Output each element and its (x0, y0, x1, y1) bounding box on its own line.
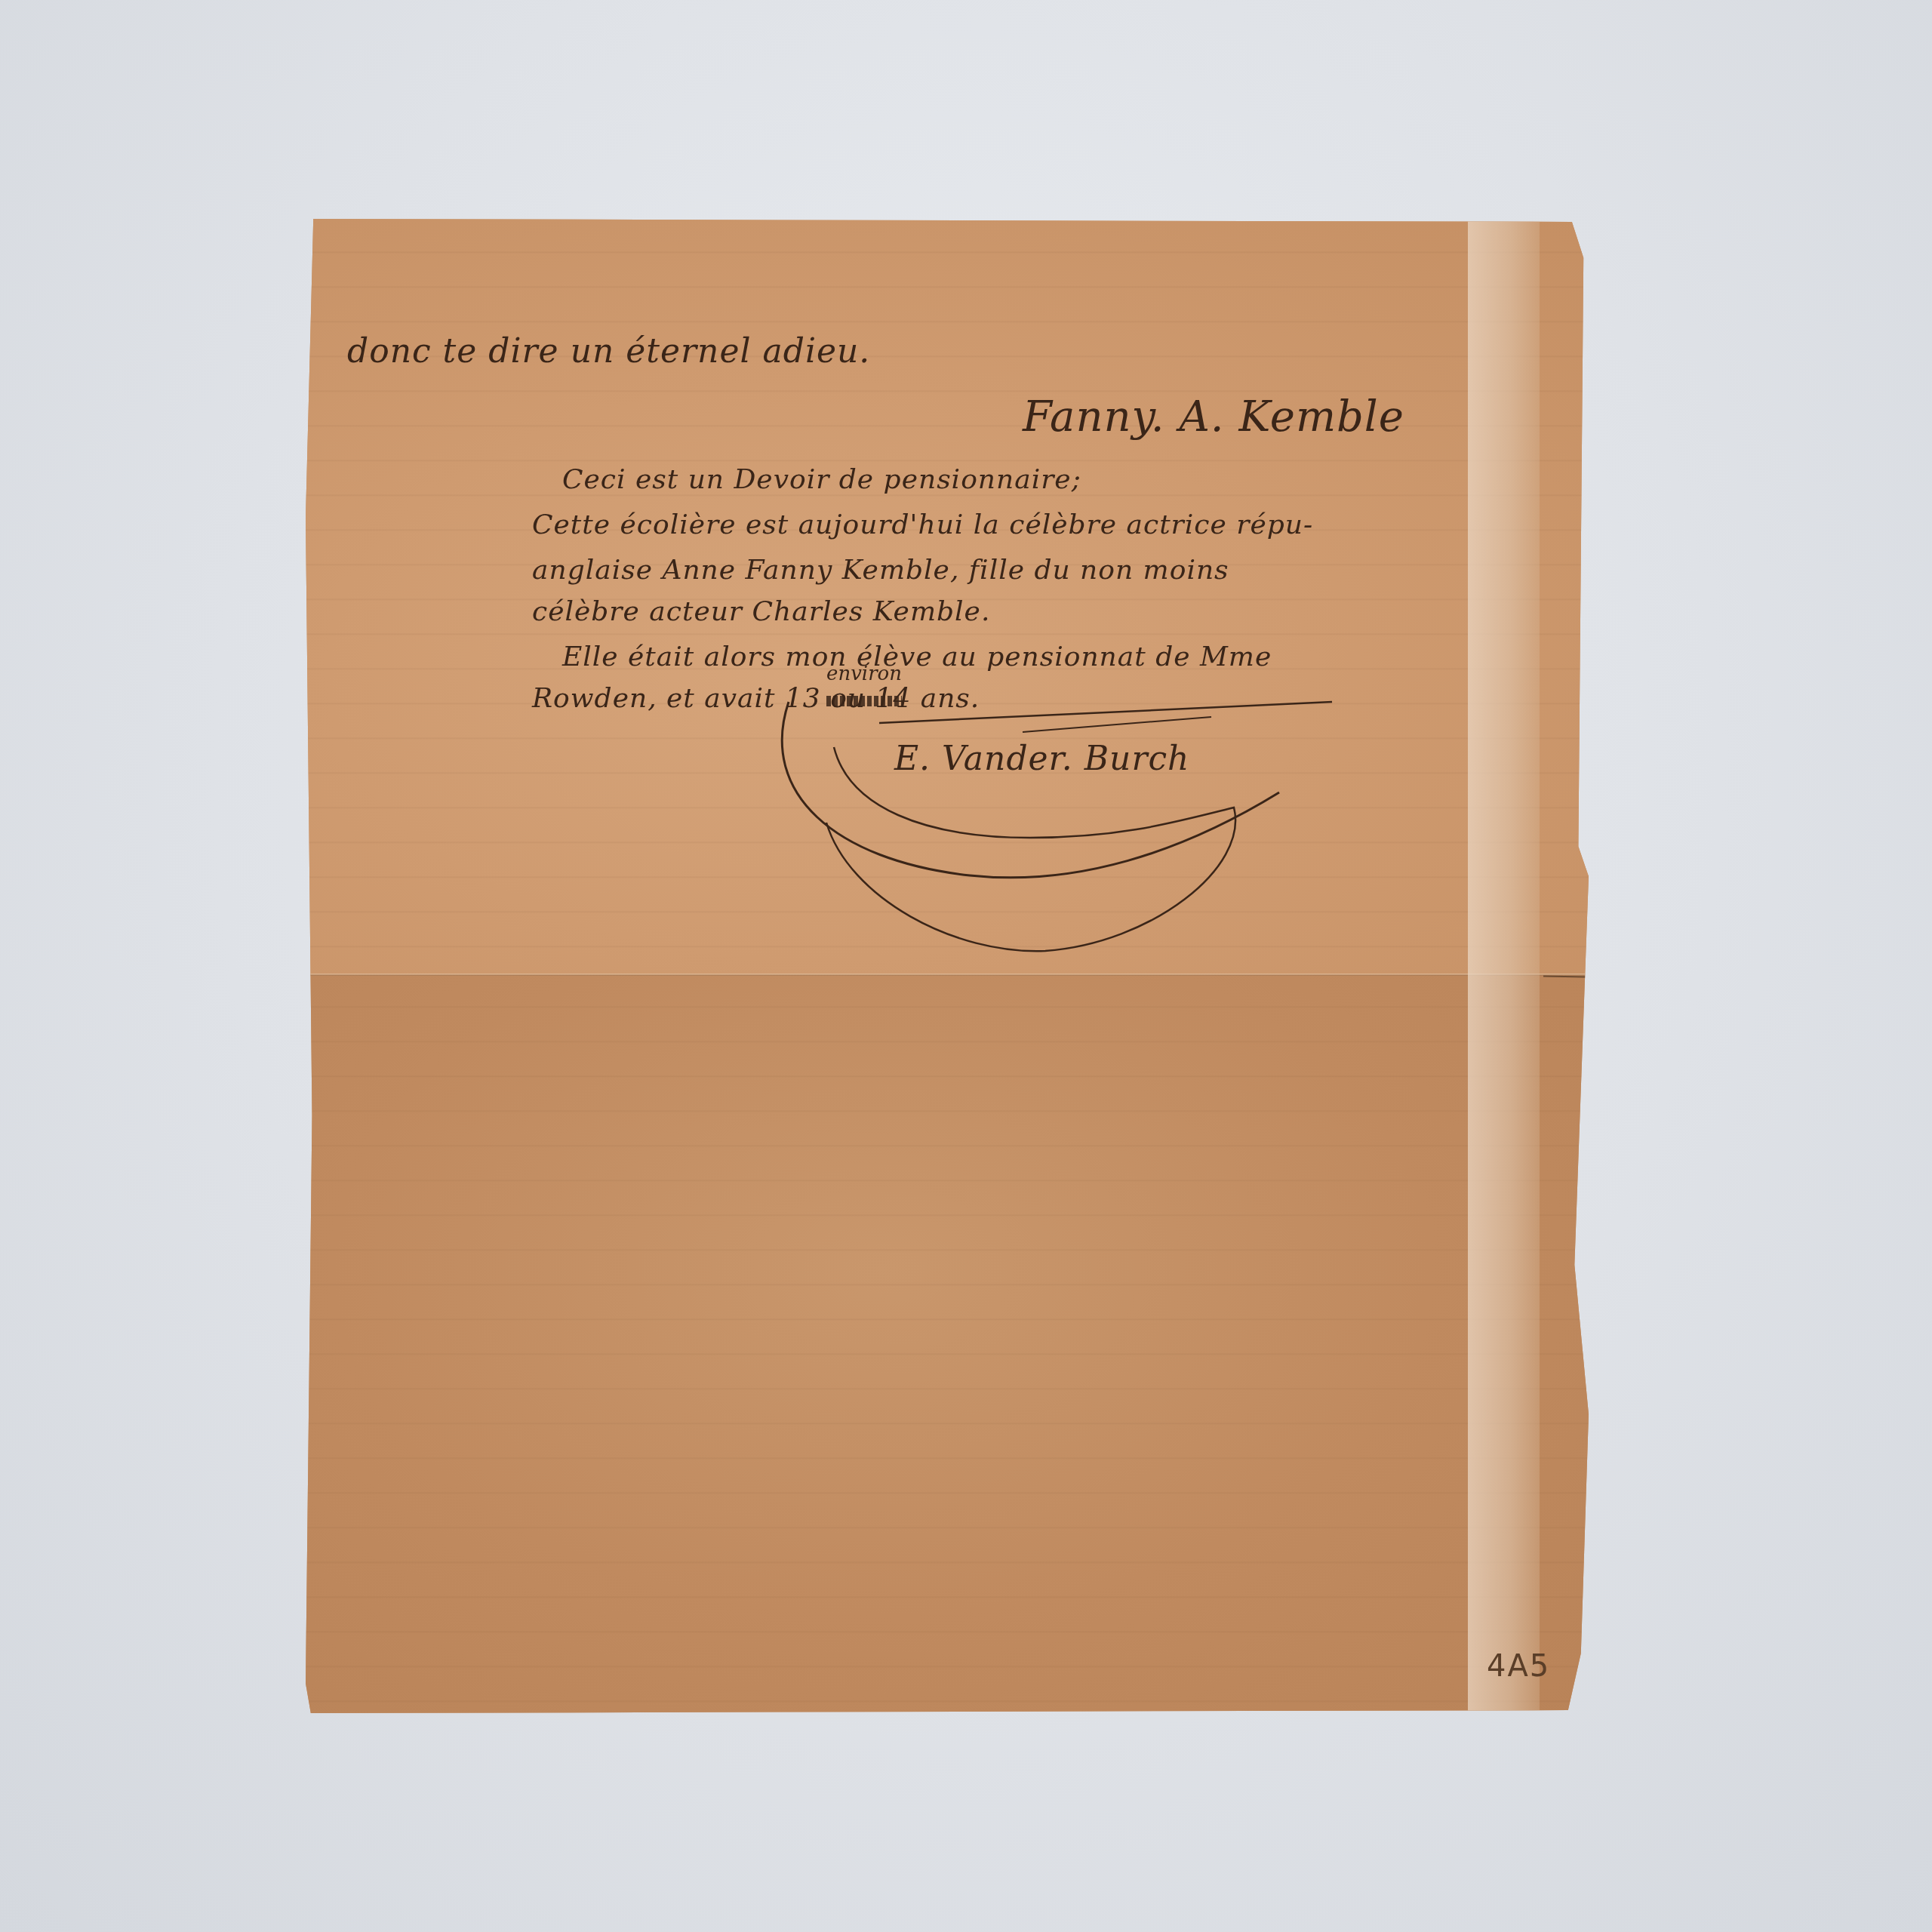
struck-out-word (826, 696, 902, 706)
annotation-line-3: anglaise Anne Fanny Kemble, fille du non… (532, 555, 1229, 586)
catalog-number: 4A5 (1487, 1649, 1550, 1684)
repair-tape-strip (1468, 219, 1540, 1713)
annotation-line-6: Rowden, et avait 13 ou 14 ans. (532, 683, 980, 714)
sheet-lower-half (306, 974, 1589, 1713)
annotation-line-1: Ceci est un Devoir de pensionnaire; (562, 464, 1081, 495)
inserted-word: environ (826, 663, 902, 685)
annotator-signature: E. Vander. Burch (894, 740, 1189, 778)
horizontal-fold-line (306, 974, 1589, 976)
author-signature: Fanny. A. Kemble (1023, 392, 1404, 441)
annotation-line-2: Cette écolière est aujourd'hui la célèbr… (532, 509, 1313, 540)
letter-sheet: donc te dire un éternel adieu. Fanny. A.… (306, 219, 1589, 1713)
annotation-line-4: célèbre acteur Charles Kemble. (532, 596, 990, 627)
closing-line: donc te dire un éternel adieu. (347, 332, 870, 371)
annotation-line-5: Elle était alors mon élève au pensionnat… (562, 641, 1272, 672)
